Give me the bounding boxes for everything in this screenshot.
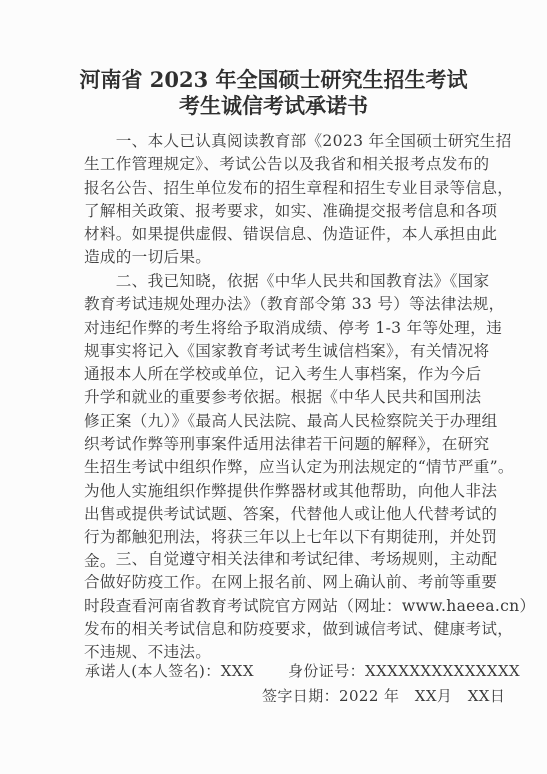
section-1-line: 材料。如果提供虚假、错误信息、伪造证件，本人承担由此 (84, 223, 474, 246)
section-3-line: 时段查看河南省教育考试院官方网站（网址：www.haeea.cn） (84, 595, 474, 618)
section-2-line: 修正案（九）》《最高人民法院、最高人民检察院关于办理组 (84, 410, 474, 433)
section-3-line: 发布的相关考试信息和防疫要求，做到诚信考试、健康考试， (84, 618, 474, 641)
section-2-line: 为他人实施组织作弊提供作弊器材或其他帮助，向他人非法 (84, 480, 474, 503)
signature-date: 签字日期：2022 年 XX月 XX日 (262, 685, 505, 706)
section-2-line: 行为都触犯刑法，将获三年以上七年以下有期徒刑，并处罚 (84, 526, 474, 549)
section-1-line: 报名公告、招生单位发布的招生章程和招生专业目录等信息， (84, 177, 474, 200)
section-2-line: 生招生考试中组织作弊，应当认定为刑法规定的“情节严重”。 (84, 456, 474, 479)
section-3-line: 三、自觉遵守相关法律和考试纪律、考场规则，主动配 (84, 548, 474, 571)
section-2-line: 对违纪作弊的考生将给予取消成绩、停考 1-3 年等处理，违 (84, 317, 474, 340)
signer-name: 承诺人(本人签名)：XXX (85, 660, 254, 681)
section-2-line: 升学和就业的重要参考依据。根据《中华人民共和国刑法 (84, 386, 474, 409)
section-2-line: 教育考试违规处理办法》（教育部令第 33 号）等法律法规， (84, 293, 474, 316)
commitment-letter-page: 河南省 2023 年全国硕士研究生招生考试 考生诚信考试承诺书 一、本人已认真阅… (0, 0, 547, 774)
section-2-line: 织考试作弊等刑事案件适用法律若干问题的解释》，在研究 (84, 433, 474, 456)
section-1-line: 生工作管理规定》、考试公告以及我省和相关报考点发布的 (84, 153, 474, 176)
section-2-line: 规事实将记入《国家教育考试考生诚信档案》，有关情况将 (84, 340, 474, 363)
section-2: 二、我已知晓，依据《中华人民共和国教育法》《国家 教育考试违规处理办法》（教育部… (84, 270, 474, 573)
id-number: 身份证号：XXXXXXXXXXXXXX (288, 660, 520, 681)
section-1: 一、本人已认真阅读教育部《2023 年全国硕士研究生招 生工作管理规定》、考试公… (84, 130, 474, 270)
section-1-line: 了解相关政策、报考要求，如实、准确提交报考信息和各项 (84, 200, 474, 223)
section-2-line: 二、我已知晓，依据《中华人民共和国教育法》《国家 (84, 270, 474, 293)
section-2-line: 通报本人所在学校或单位，记入考生人事档案，作为今后 (84, 363, 474, 386)
section-1-line: 造成的一切后果。 (84, 246, 474, 269)
document-subtitle: 考生诚信考试承诺书 (0, 90, 547, 120)
section-1-line: 一、本人已认真阅读教育部《2023 年全国硕士研究生招 (84, 130, 474, 153)
section-2-line: 出售或提供考试试题、答案，代替他人或让他人代替考试的 (84, 503, 474, 526)
section-3: 三、自觉遵守相关法律和考试纪律、考场规则，主动配 合做好防疫工作。在网上报名前、… (84, 548, 474, 664)
section-3-line: 合做好防疫工作。在网上报名前、网上确认前、考前等重要 (84, 571, 474, 594)
